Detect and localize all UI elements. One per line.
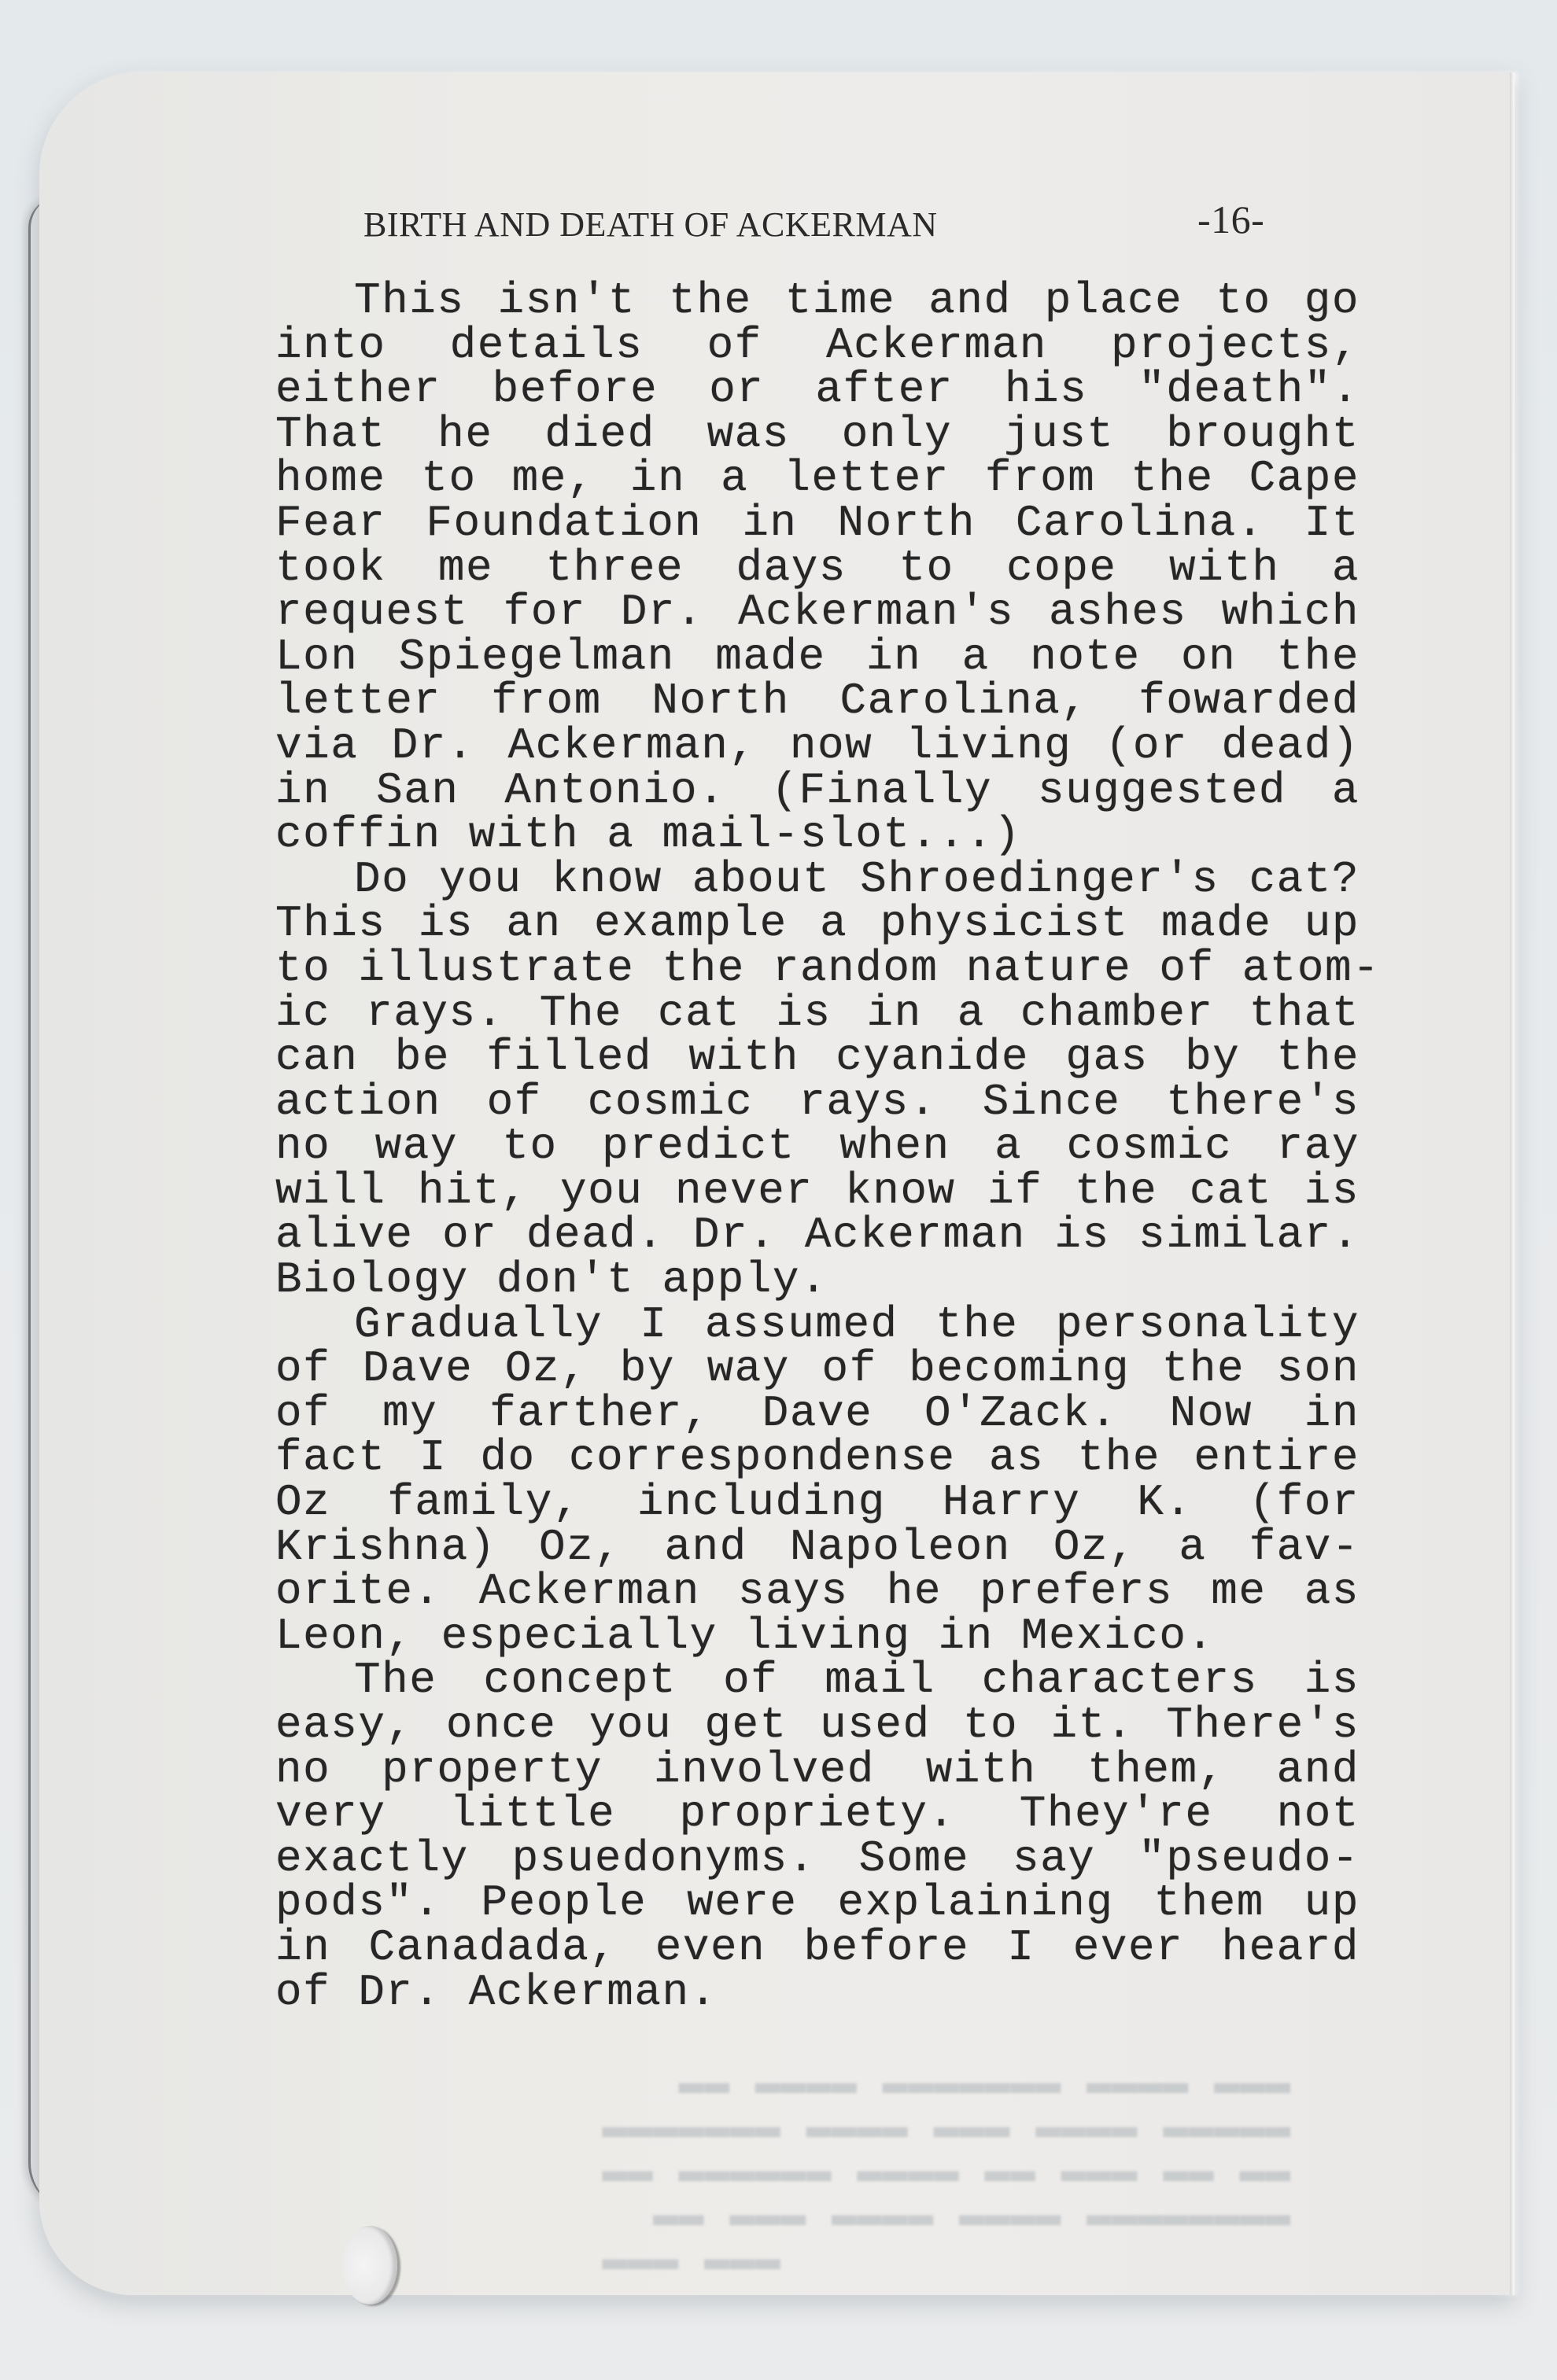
text-line: in San Antonio. (Finally suggested a <box>275 768 1360 813</box>
text-line: via Dr. Ackerman, now living (or dead) <box>275 724 1360 768</box>
text-line: home to me, in a letter from the Cape <box>275 456 1360 501</box>
text-line: exactly psuedonyms. Some say "pseudo- <box>275 1837 1360 1881</box>
text-line: This isn't the time and place to go <box>275 278 1360 323</box>
text-line: Gradually I assumed the personality <box>275 1302 1360 1347</box>
text-line: pods". People were explaining them up <box>275 1881 1360 1925</box>
text-line: of my farther, Dave O'Zack. Now in <box>275 1391 1360 1436</box>
text-line: Krishna) Oz, and Napoleon Oz, a fav- <box>275 1525 1360 1570</box>
text-line: no property involved with them, and <box>275 1748 1360 1792</box>
text-line: Fear Foundation in North Carolina. It <box>275 501 1360 546</box>
body-text: This isn't the time and place to gointo … <box>275 278 1360 2014</box>
text-line: easy, once you get used to it. There's <box>275 1703 1360 1748</box>
text-line: to illustrate the random nature of atom- <box>275 946 1360 991</box>
text-line: no way to predict when a cosmic ray <box>275 1124 1360 1169</box>
punch-hole <box>342 2226 397 2304</box>
text-line: Lon Spiegelman made in a note on the <box>275 635 1360 680</box>
page-edge <box>1510 72 1515 2295</box>
text-line: fact I do correspondense as the entire <box>275 1435 1360 1480</box>
text-line: alive or dead. Dr. Ackerman is similar. <box>275 1213 1360 1258</box>
text-line: took me three days to cope with a <box>275 546 1360 591</box>
page-number: -16- <box>1197 197 1264 242</box>
text-line: orite. Ackerman says he prefers me as <box>275 1569 1360 1614</box>
text-line: Biology don't apply. <box>275 1258 1360 1302</box>
text-line: in Canadada, even before I ever heard <box>275 1925 1360 1970</box>
text-line: Leon, especially living in Mexico. <box>275 1614 1360 1659</box>
text-line: can be filled with cyanide gas by the <box>275 1035 1360 1080</box>
text-line: will hit, you never know if the cat is <box>275 1169 1360 1214</box>
text-line: Do you know about Shroedinger's cat? <box>275 857 1360 902</box>
text-line: That he died was only just brought <box>275 412 1360 457</box>
text-line: very little propriety. They're not <box>275 1792 1360 1837</box>
text-line: into details of Ackerman projects, <box>275 323 1360 368</box>
text-line: letter from North Carolina, fowarded <box>275 679 1360 724</box>
text-line: coffin with a mail-slot...) <box>275 812 1360 857</box>
text-line: of Dr. Ackerman. <box>275 1970 1360 2015</box>
document-title: BIRTH AND DEATH OF ACKERMAN <box>363 204 938 245</box>
text-line: action of cosmic rays. Since there's <box>275 1080 1360 1125</box>
text-line: Oz family, including Harry K. (for <box>275 1480 1360 1525</box>
page-header: BIRTH AND DEATH OF ACKERMAN -16- <box>363 204 1347 260</box>
text-line: ic rays. The cat is in a chamber that <box>275 991 1360 1036</box>
text-line: of Dave Oz, by way of becoming the son <box>275 1347 1360 1391</box>
text-line: This is an example a physicist made up <box>275 901 1360 946</box>
text-line: either before or after his "death". <box>275 367 1360 412</box>
text-line: request for Dr. Ackerman's ashes which <box>275 590 1360 635</box>
typewritten-page: BIRTH AND DEATH OF ACKERMAN -16- This is… <box>39 72 1515 2295</box>
text-line: The concept of mail characters is <box>275 1658 1360 1703</box>
